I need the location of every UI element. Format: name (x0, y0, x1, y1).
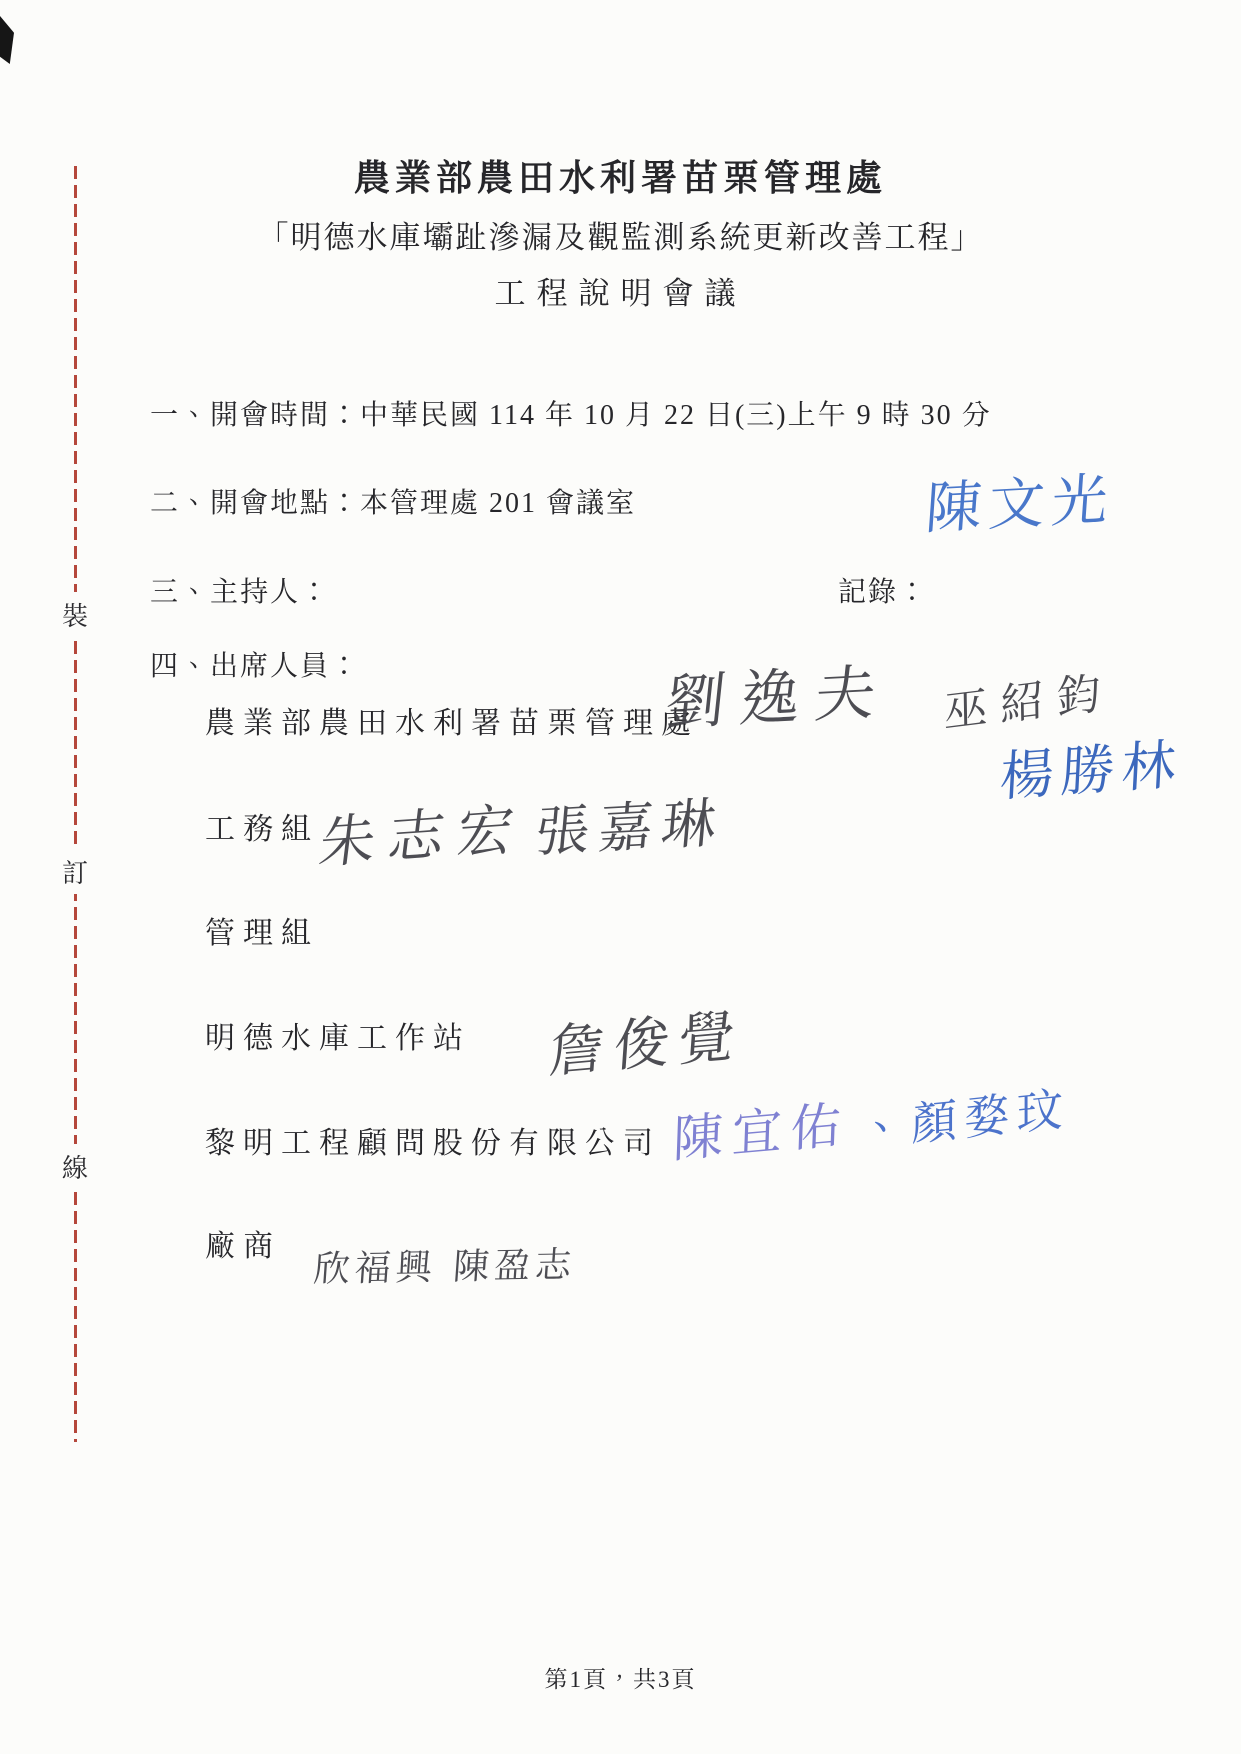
binding-dashed-line (74, 166, 77, 1442)
meeting-time-line: 一、開會時間：中華民國 114 年 10 月 22 日(三)上午 9 時 30 … (150, 393, 992, 433)
signature-attendee: 朱志宏 (315, 784, 531, 879)
recorder-signature: 陳文光 (923, 455, 1117, 545)
scanned-meeting-minutes-page: 裝 訂 線 農業部農田水利署苗栗管理處 「明德水庫壩趾滲漏及觀監測系統更新改善工… (0, 0, 1241, 1754)
doc-subtitle-project-name: 「明德水庫壩趾滲漏及觀監測系統更新改善工程」 (0, 212, 1241, 257)
binding-mark-xian: 線 (59, 1144, 91, 1189)
binding-mark-zhuang: 裝 (59, 592, 91, 637)
binding-mark-ding: 訂 (59, 849, 91, 894)
attendee-group-label-management-office: 農業部農田水利署苗栗管理處 (205, 698, 699, 742)
meeting-place-line: 二、開會地點：本管理處 201 會議室 (150, 481, 636, 521)
signature-attendee: 、顏婺玟 (859, 1072, 1070, 1161)
attendee-group-label-engineering-section: 工務組 (205, 804, 319, 848)
signature-contractor: 欣福興 陳盈志 (312, 1237, 578, 1293)
signature-attendee: 楊勝林 (998, 721, 1185, 811)
signature-attendee: 張嘉琳 (533, 780, 729, 867)
doc-meeting-type: 工程說明會議 (0, 268, 1241, 313)
signature-attendee: 詹俊覺 (547, 991, 747, 1089)
signature-attendee: 陳宜佑 (672, 1084, 851, 1172)
attendee-group-label-contractor: 廠商 (205, 1221, 281, 1265)
signature-attendee: 劉逸夫 (662, 644, 896, 742)
attendee-group-label-administration-section: 管理組 (205, 908, 319, 952)
attendee-group-label-liming-consultants: 黎明工程顧問股份有限公司 (205, 1118, 661, 1162)
attendee-group-label-mingde-reservoir-station: 明德水庫工作站 (205, 1013, 471, 1057)
scan-artifact (0, 16, 14, 64)
recorder-label: 記錄： (838, 570, 928, 610)
attendees-line: 四、出席人員： (150, 644, 360, 684)
chairperson-line: 三、主持人： (150, 570, 330, 610)
doc-title: 農業部農田水利署苗栗管理處 (0, 150, 1241, 201)
page-footer: 第1頁，共3頁 (0, 1661, 1241, 1694)
